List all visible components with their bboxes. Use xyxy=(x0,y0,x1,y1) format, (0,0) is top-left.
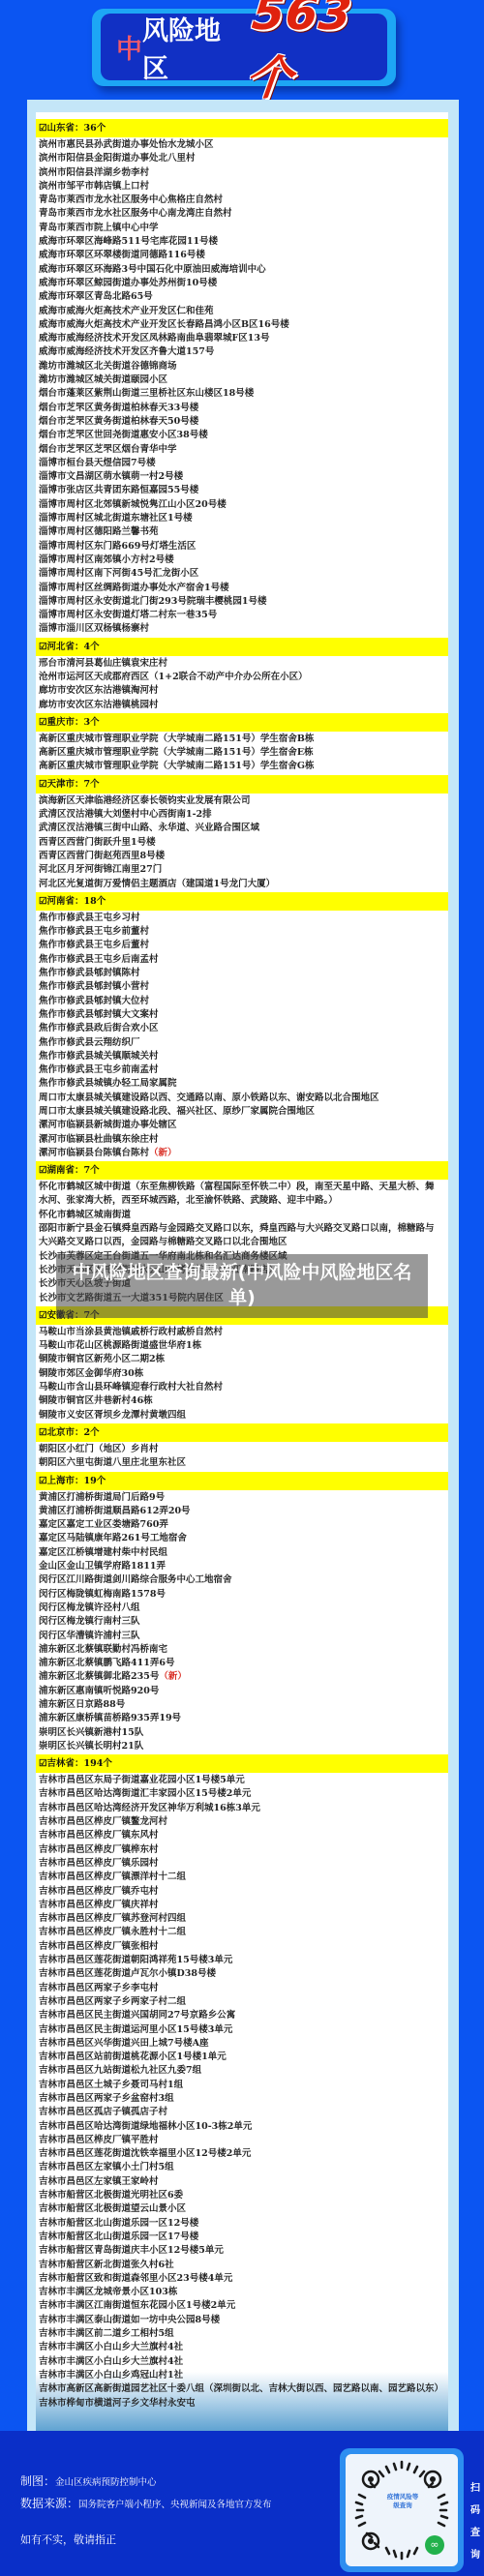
credit-value: 金山区疾病预防控制中心 xyxy=(55,2477,157,2488)
risk-area-item: 嘉定区马陆镇康年路261号工地宿舍 xyxy=(36,1532,448,1545)
risk-area-item: 威海市环翠区环海路3号中国石化中原油田威海培训中心 xyxy=(36,263,448,277)
risk-area-item: 焦作市修武县王屯乡习村 xyxy=(36,912,448,925)
qr-code-frame[interactable]: 疫情风险等级查询 ∞ xyxy=(340,2448,464,2572)
risk-area-item: 朝阳区六里屯街道八里庄北里东社区 xyxy=(36,1456,448,1470)
disclaimer: 如有不实，敬请指正 xyxy=(20,2531,116,2547)
risk-area-item: 吉林市昌邑区桦皮厂镇平胜村 xyxy=(36,2134,448,2147)
risk-area-item: 青岛市莱西市院上镇中心中学 xyxy=(36,222,448,235)
risk-area-item: 吉林市船营区新北街道张久村6社 xyxy=(36,2259,448,2272)
risk-area-item: 吉林市昌邑区桦皮厂镇漂洋村十二组 xyxy=(36,1871,448,1884)
risk-area-item: 吉林市昌邑区桦皮厂镇鳌龙河村 xyxy=(36,1815,448,1829)
risk-area-item: 漯河市临颍县杜曲镇东徐庄村 xyxy=(36,1133,448,1147)
page-title: 风险地区 xyxy=(142,10,241,85)
scan-hint: 扫码查询 xyxy=(469,2477,482,2566)
risk-area-item: 吉林市船营区北山街道乐园一区12号楼 xyxy=(36,2217,448,2231)
risk-area-item: 吉林市昌邑区两家子乡李屯村 xyxy=(36,1982,448,1995)
risk-area-item: 烟台市芝罘区世回尧街道惠安小区38号楼 xyxy=(36,429,448,442)
risk-area-item: 闵行区梅龙镇行南村三队 xyxy=(36,1615,448,1629)
risk-area-item: 焦作市修武县郇封镇陈村 xyxy=(36,967,448,980)
total-count: 563个 xyxy=(242,0,393,107)
risk-area-item: 潍坊市潍城区北关街道谷德锦商场 xyxy=(36,360,448,374)
risk-area-item: 吉林市昌邑区左家镇王家岭村 xyxy=(36,2175,448,2189)
risk-area-item: 淄博市张店区共青团东路恒嘉园55号楼 xyxy=(36,484,448,497)
source-label: 数据来源： xyxy=(20,2497,78,2510)
province-header: ☑山东省：36个 xyxy=(36,119,448,137)
risk-area-item: 吉林市昌邑区两家子乡两家子村二组 xyxy=(36,1995,448,2009)
risk-area-item: 淄博市周村区东门路669号灯塔生活区 xyxy=(36,540,448,554)
risk-area-item: 焦作市修武县王屯乡后董村 xyxy=(36,939,448,952)
risk-area-item: 吉林市昌邑区桦皮厂镇桦东村 xyxy=(36,1843,448,1857)
risk-area-item: 淄博市文昌湖区萌水镇萌一村2号楼 xyxy=(36,470,448,484)
risk-area-item: 铜陵市郊区金御华府30栋 xyxy=(36,1367,448,1381)
risk-area-item: 铜陵市义安区胥坝乡龙潭村黄墩四组 xyxy=(36,1409,448,1423)
risk-area-item: 马鞍山市含山县环峰镇迎春行政村大社自然村 xyxy=(36,1381,448,1394)
risk-area-item: 武清区汊沽港镇三街中山路、永华道、兴业路合围区域 xyxy=(36,822,448,835)
risk-area-item: 吉林市船营区致和街道森邻里小区23号楼4单元 xyxy=(36,2272,448,2286)
mini-program-logo-icon: ∞ xyxy=(425,2535,444,2555)
risk-area-item: 淄博市桓台县天煜信园7号楼 xyxy=(36,457,448,470)
risk-area-item: 西青区西营门街赵苑西里8号楼 xyxy=(36,850,448,863)
province-header: ☑吉林省：194个 xyxy=(36,1754,448,1773)
area-name: 漯河市临颍县台陈镇台陈村 xyxy=(39,1148,149,1158)
province-header: ☑北京市：2个 xyxy=(36,1423,448,1442)
new-badge: （新） xyxy=(149,1148,177,1158)
risk-area-item: 吉林市昌邑区桦皮厂镇张相村 xyxy=(36,1940,448,1954)
risk-area-item: 闵行区梅龙镇许泾村八组 xyxy=(36,1602,448,1615)
risk-area-item: 淄博市周村区南郊镇小方村2号楼 xyxy=(36,554,448,567)
risk-area-item: 焦作市修武县王屯乡前董村 xyxy=(36,925,448,939)
risk-area-item: 武清区汊沽港镇大刘堡村中心西街南1-2排 xyxy=(36,808,448,822)
risk-area-item: 威海市威海经济技术开发区齐鲁大道157号 xyxy=(36,345,448,359)
risk-area-item: 滨州市阳信县洋湖乡勃李村 xyxy=(36,166,448,180)
risk-area-item: 铜陵市铜官区新苑小区二期2栋 xyxy=(36,1353,448,1366)
risk-area-item: 焦作市修武县郇封镇小营村 xyxy=(36,980,448,994)
risk-area-item: 浦东新区日京路88号 xyxy=(36,1698,448,1712)
risk-area-item: 邵阳市新宁县金石镇舜皇西路与金园路交叉路口以东，舜皇西路与大兴路交叉路口以南，棉… xyxy=(36,1222,448,1250)
risk-area-item: 威海市环翠区鲸园街道办事处苏州街10号楼 xyxy=(36,277,448,290)
risk-area-item: 淄博市周村区德阳路兰馨书苑 xyxy=(36,525,448,539)
risk-area-item: 焦作市修武县王屯乡后南孟村 xyxy=(36,953,448,967)
risk-area-item: 吉林市丰满区泰山街道如一坊中央公园8号楼 xyxy=(36,2314,448,2327)
risk-area-item: 烟台市芝罘区芝罘区烟台青华中学 xyxy=(36,443,448,457)
province-header: ☑湖南省：7个 xyxy=(36,1161,448,1180)
risk-area-item: 吉林市丰满区江南街道恒东花园小区1号楼2单元 xyxy=(36,2299,448,2313)
risk-area-item: 焦作市修武县王屯乡前南孟村 xyxy=(36,1063,448,1077)
risk-area-item: 烟台市蓬莱区紫荆山街道三里桥社区东山楼区18号楼 xyxy=(36,387,448,401)
risk-area-item: 烟台市芝罘区黄务街道柏林春天33号楼 xyxy=(36,402,448,415)
risk-area-item: 吉林市昌邑区站前街道桃花源小区1号楼1单元 xyxy=(36,2051,448,2064)
credit-line: 制图：金山区疾病预防控制中心 xyxy=(20,2471,157,2489)
risk-area-item: 烟台市芝罘区黄务街道柏林春天50号楼 xyxy=(36,415,448,429)
risk-area-item: 吉林市昌邑区桦皮厂镇乔屯村 xyxy=(36,1885,448,1899)
risk-area-item: 吉林市丰满区前二道乡工相村5组 xyxy=(36,2327,448,2341)
risk-area-item: 沧州市运河区天成郡府西区（1+2联合不动产中介办公所在小区） xyxy=(36,671,448,684)
risk-area-item: 吉林市昌邑区哈达湾经济开发区神华万利城16栋3单元 xyxy=(36,1802,448,1815)
risk-area-item: 焦作市修武县城镇办轻工局家属院 xyxy=(36,1077,448,1091)
risk-area-item: 浦东新区惠南镇听悦路920号 xyxy=(36,1685,448,1698)
risk-area-item: 淄博市周村区城北街道东塘社区1号楼 xyxy=(36,512,448,525)
risk-area-item: 威海市环翠区海峰路511号宅库花园11号楼 xyxy=(36,235,448,249)
risk-area-item: 廊坊市安次区东沽港镇淘河村 xyxy=(36,684,448,698)
risk-area-item: 吉林市丰满区小白山乡鸡冠山村1社 xyxy=(36,2369,448,2382)
risk-area-item: 崇明区长兴镇新港村15队 xyxy=(36,1726,448,1740)
risk-area-item: 周口市太康县城关镇建设路以西、交通路以南、原小铁路以东、谢安路以北合围地区 xyxy=(36,1092,448,1105)
risk-area-item: 高新区重庆城市管理职业学院（大学城南二路151号）学生宿舍G栋 xyxy=(36,760,448,773)
risk-area-item: 吉林市昌邑区两家子乡盆窑村3组 xyxy=(36,2092,448,2106)
risk-area-item: 吉林市船营区青岛街道庆丰小区12号楼5单元 xyxy=(36,2244,448,2258)
risk-area-item: 西青区西营门街跃升里1号楼 xyxy=(36,836,448,850)
risk-area-item: 威海市威海火炬高技术产业开发区长春路昌鸿小区B区16号楼 xyxy=(36,318,448,332)
risk-area-item: 吉林市桦甸市横道河子乡文华村永安屯 xyxy=(36,2397,448,2411)
province-header: ☑天津市：7个 xyxy=(36,775,448,794)
title-badge-inner: 中 风险地区 563个 xyxy=(101,14,387,80)
risk-area-item: 邢台市清河县葛仙庄镇袁宋庄村 xyxy=(36,657,448,671)
province-header: ☑上海市：19个 xyxy=(36,1472,448,1490)
province-header: ☑河北省：4个 xyxy=(36,638,448,656)
risk-area-item: 吉林市昌邑区桦皮厂镇永胜村十二组 xyxy=(36,1926,448,1939)
risk-area-item: 滨海新区天津临港经济区泰长领钧实业发展有限公司 xyxy=(36,794,448,808)
risk-area-item: 马鞍山市花山区桃源路街道盛世华府1栋 xyxy=(36,1339,448,1353)
risk-area-item: 浦东新区北蔡镇御北路235号（新） xyxy=(36,1670,448,1684)
risk-area-item: 吉林市昌邑区哈达湾街道汇丰家园小区15号楼2单元 xyxy=(36,1787,448,1801)
risk-area-item: 淄博市周村区永安街道北门街293号院瑞丰樱桃园1号楼 xyxy=(36,595,448,609)
risk-area-item: 吉林市昌邑区左家镇小土门村5组 xyxy=(36,2161,448,2174)
area-name: 浦东新区北蔡镇御北路235号 xyxy=(39,1671,159,1682)
risk-area-item: 吉林市昌邑区民主街道运河里小区15号楼3单元 xyxy=(36,2023,448,2037)
risk-level-char: 中 xyxy=(116,28,142,66)
risk-area-item: 焦作市修武县城关镇顺城关村 xyxy=(36,1050,448,1063)
title-badge: 中 风险地区 563个 xyxy=(92,9,396,86)
risk-area-item: 威海市威海火炬高技术产业开发区仁和佳苑 xyxy=(36,305,448,318)
risk-area-item: 吉林市船营区北极街道望云山景小区 xyxy=(36,2202,448,2216)
risk-area-item: 嘉定区江桥镇增建村柴中村民组 xyxy=(36,1546,448,1560)
risk-area-item: 威海市威海经济技术开发区凤林路南曲阜翡翠城F区13号 xyxy=(36,332,448,345)
risk-area-item: 吉林市昌邑区桦皮厂镇苏登河村四组 xyxy=(36,1912,448,1926)
province-header: ☑河南省：18个 xyxy=(36,892,448,911)
risk-area-item: 朝阳区小红门（地区）乡肖村 xyxy=(36,1443,448,1456)
risk-area-item: 淄博市周村区南下河街45号汇龙街小区 xyxy=(36,567,448,581)
risk-area-item: 焦作市修武县云翔纺织厂 xyxy=(36,1036,448,1050)
risk-area-item: 铜陵市铜官区井巷新村46栋 xyxy=(36,1394,448,1408)
risk-area-item: 崇明区长兴镇长明村21队 xyxy=(36,1740,448,1753)
risk-area-item: 吉林市昌邑区莲花街道沈铁幸福里小区12号楼2单元 xyxy=(36,2147,448,2161)
risk-area-item: 淄博市淄川区双杨镇杨寨村 xyxy=(36,622,448,636)
risk-area-item: 吉林市昌邑区莲花街道朝阳鸿祥苑15号楼3单元 xyxy=(36,1954,448,1967)
risk-area-item: 闵行区江川路街道剑川路综合服务中心工地宿舍 xyxy=(36,1573,448,1587)
risk-area-item: 马鞍山市当涂县黄池镇戚桥行政村戚桥自然村 xyxy=(36,1326,448,1339)
new-badge: （新） xyxy=(159,1671,187,1682)
risk-area-item: 浦东新区北蔡镇联勤村冯桥南宅 xyxy=(36,1643,448,1657)
risk-area-item: 怀化市鹤城区城南街道 xyxy=(36,1209,448,1222)
risk-area-item: 滨州市惠民县孙武街道办事处怡水龙城小区 xyxy=(36,138,448,152)
risk-area-item: 浦东新区康桥镇苗桥路935弄19号 xyxy=(36,1712,448,1725)
risk-area-item: 高新区重庆城市管理职业学院（大学城南二路151号）学生宿舍B栋 xyxy=(36,733,448,746)
qr-center-label: 疫情风险等级查询 xyxy=(384,2493,421,2510)
risk-area-item: 黄浦区打浦桥街道顺昌路612弄20号 xyxy=(36,1505,448,1518)
risk-area-item: 浦东新区北蔡镇鹏飞路411弄6号 xyxy=(36,1657,448,1670)
risk-area-item: 威海市环翠区环翠楼街道同德路116号楼 xyxy=(36,249,448,262)
qr-code[interactable]: 疫情风险等级查询 ∞ xyxy=(346,2454,458,2566)
risk-area-item: 淄博市周村区丝绸路街道办事处水产宿舍1号楼 xyxy=(36,582,448,595)
risk-area-item: 吉林市昌邑区莲花街道卢瓦尔小镇D38号楼 xyxy=(36,1967,448,1981)
footer: 制图：金山区疾病预防控制中心 数据来源：国务院客户端小程序、央视新闻及各地官方发… xyxy=(0,2431,484,2576)
risk-area-item: 吉林市昌邑区东局子街道嘉业花园小区1号楼5单元 xyxy=(36,1774,448,1787)
risk-area-item: 焦作市修武县郇封镇大文案村 xyxy=(36,1008,448,1022)
risk-area-item: 焦作市修武县郇封镇大位村 xyxy=(36,995,448,1008)
risk-area-item: 吉林市昌邑区哈达湾街道绿地福林小区10-3栋2单元 xyxy=(36,2120,448,2134)
risk-area-item: 吉林市昌邑区九站街道松九社区九委7组 xyxy=(36,2064,448,2078)
source-line: 数据来源：国务院客户端小程序、央视新闻及各地官方发布 xyxy=(20,2493,272,2511)
risk-area-item: 滨州市邹平市韩店镇上口村 xyxy=(36,180,448,194)
risk-area-item: 金山区金山卫镇学府路1811弄 xyxy=(36,1560,448,1573)
risk-area-item: 吉林市丰满区小白山乡大兰旗村4社 xyxy=(36,2355,448,2369)
risk-area-item: 吉林市昌邑区土城子乡聂司马村1组 xyxy=(36,2079,448,2092)
article-title-overlay: 中风险地区查询最新(中风险中风险地区名单) xyxy=(56,1254,428,1318)
risk-area-item: 吉林市昌邑区桦皮厂镇庆祥村 xyxy=(36,1899,448,1912)
risk-area-item: 青岛市莱西市龙水社区服务中心焦格庄自然村 xyxy=(36,194,448,207)
province-header: ☑重庆市：3个 xyxy=(36,713,448,732)
risk-area-item: 河北区月牙河街锦江南里27门 xyxy=(36,863,448,877)
risk-area-item: 高新区重庆城市管理职业学院（大学城南二路151号）学生宿舍E栋 xyxy=(36,746,448,760)
risk-area-item: 吉林市船营区北山街道乐园一区17号楼 xyxy=(36,2231,448,2244)
risk-area-item: 吉林市丰满区小白山乡大兰旗村4社 xyxy=(36,2341,448,2354)
credit-label: 制图： xyxy=(20,2474,55,2488)
risk-area-item: 威海市环翠区青岛北路65号 xyxy=(36,290,448,304)
risk-area-item: 廊坊市安次区东沽港镇桃园村 xyxy=(36,699,448,712)
risk-area-item: 怀化市鹤城区城中街道（东至焦柳铁路（富程国际至怀铁二中）段，南至天星中路、天星大… xyxy=(36,1181,448,1209)
risk-area-item: 滨州市阳信县金阳街道办事处北八里村 xyxy=(36,152,448,165)
risk-area-item: 潍坊市潍城区城关街道颐园小区 xyxy=(36,374,448,387)
risk-area-item: 漯河市临颍县台陈镇台陈村（新） xyxy=(36,1147,448,1160)
risk-area-item: 吉林市昌邑区民主街道兴国胡同27号京路乡公寓 xyxy=(36,2009,448,2022)
risk-area-item: 周口市太康县城关镇建设路北段、福兴社区、原纱厂家属院合围地区 xyxy=(36,1105,448,1119)
source-value: 国务院客户端小程序、央视新闻及各地官方发布 xyxy=(78,2500,272,2510)
risk-area-item: 吉林市昌邑区桦皮厂镇乐园村 xyxy=(36,1857,448,1871)
risk-area-item: 淄博市周村区北郊镇新城悦隽江山小区20号楼 xyxy=(36,498,448,512)
risk-area-item: 吉林市昌邑区桦皮厂镇东风村 xyxy=(36,1829,448,1842)
risk-area-item: 淄博市周村区永安街道灯塔二村东一巷35号 xyxy=(36,609,448,622)
risk-area-item: 河北区光复道街万爱情侣主题酒店（建国道1号龙门大厦） xyxy=(36,878,448,891)
risk-area-item: 吉林市昌邑区兴华街道兴田上城7号楼A座 xyxy=(36,2037,448,2051)
risk-area-item: 吉林市高新区高新街道园艺社区十委八组（深圳街以北、吉林大街以西、园艺路以南、园艺… xyxy=(36,2382,448,2396)
risk-area-item: 闵行区华漕镇许浦村三队 xyxy=(36,1630,448,1643)
risk-area-item: 嘉定区嘉定工业区娄塘路760弄 xyxy=(36,1518,448,1532)
risk-area-item: 焦作市修武县政后街合欢小区 xyxy=(36,1022,448,1035)
risk-area-item: 黄浦区打浦桥街道局门后路9号 xyxy=(36,1491,448,1505)
risk-area-item: 漯河市临颍县新城街道办事处辖区 xyxy=(36,1119,448,1132)
risk-area-item: 青岛市莱西市龙水社区服务中心南龙湾庄自然村 xyxy=(36,207,448,221)
risk-area-item: 吉林市丰满区龙城帝景小区103栋 xyxy=(36,2286,448,2299)
risk-area-item: 闵行区梅陇镇虹梅南路1578号 xyxy=(36,1588,448,1602)
risk-area-item: 吉林市船营区北极街道光明社区6委 xyxy=(36,2189,448,2202)
risk-area-item: 吉林市昌邑区孤店子镇孤店子村 xyxy=(36,2106,448,2119)
